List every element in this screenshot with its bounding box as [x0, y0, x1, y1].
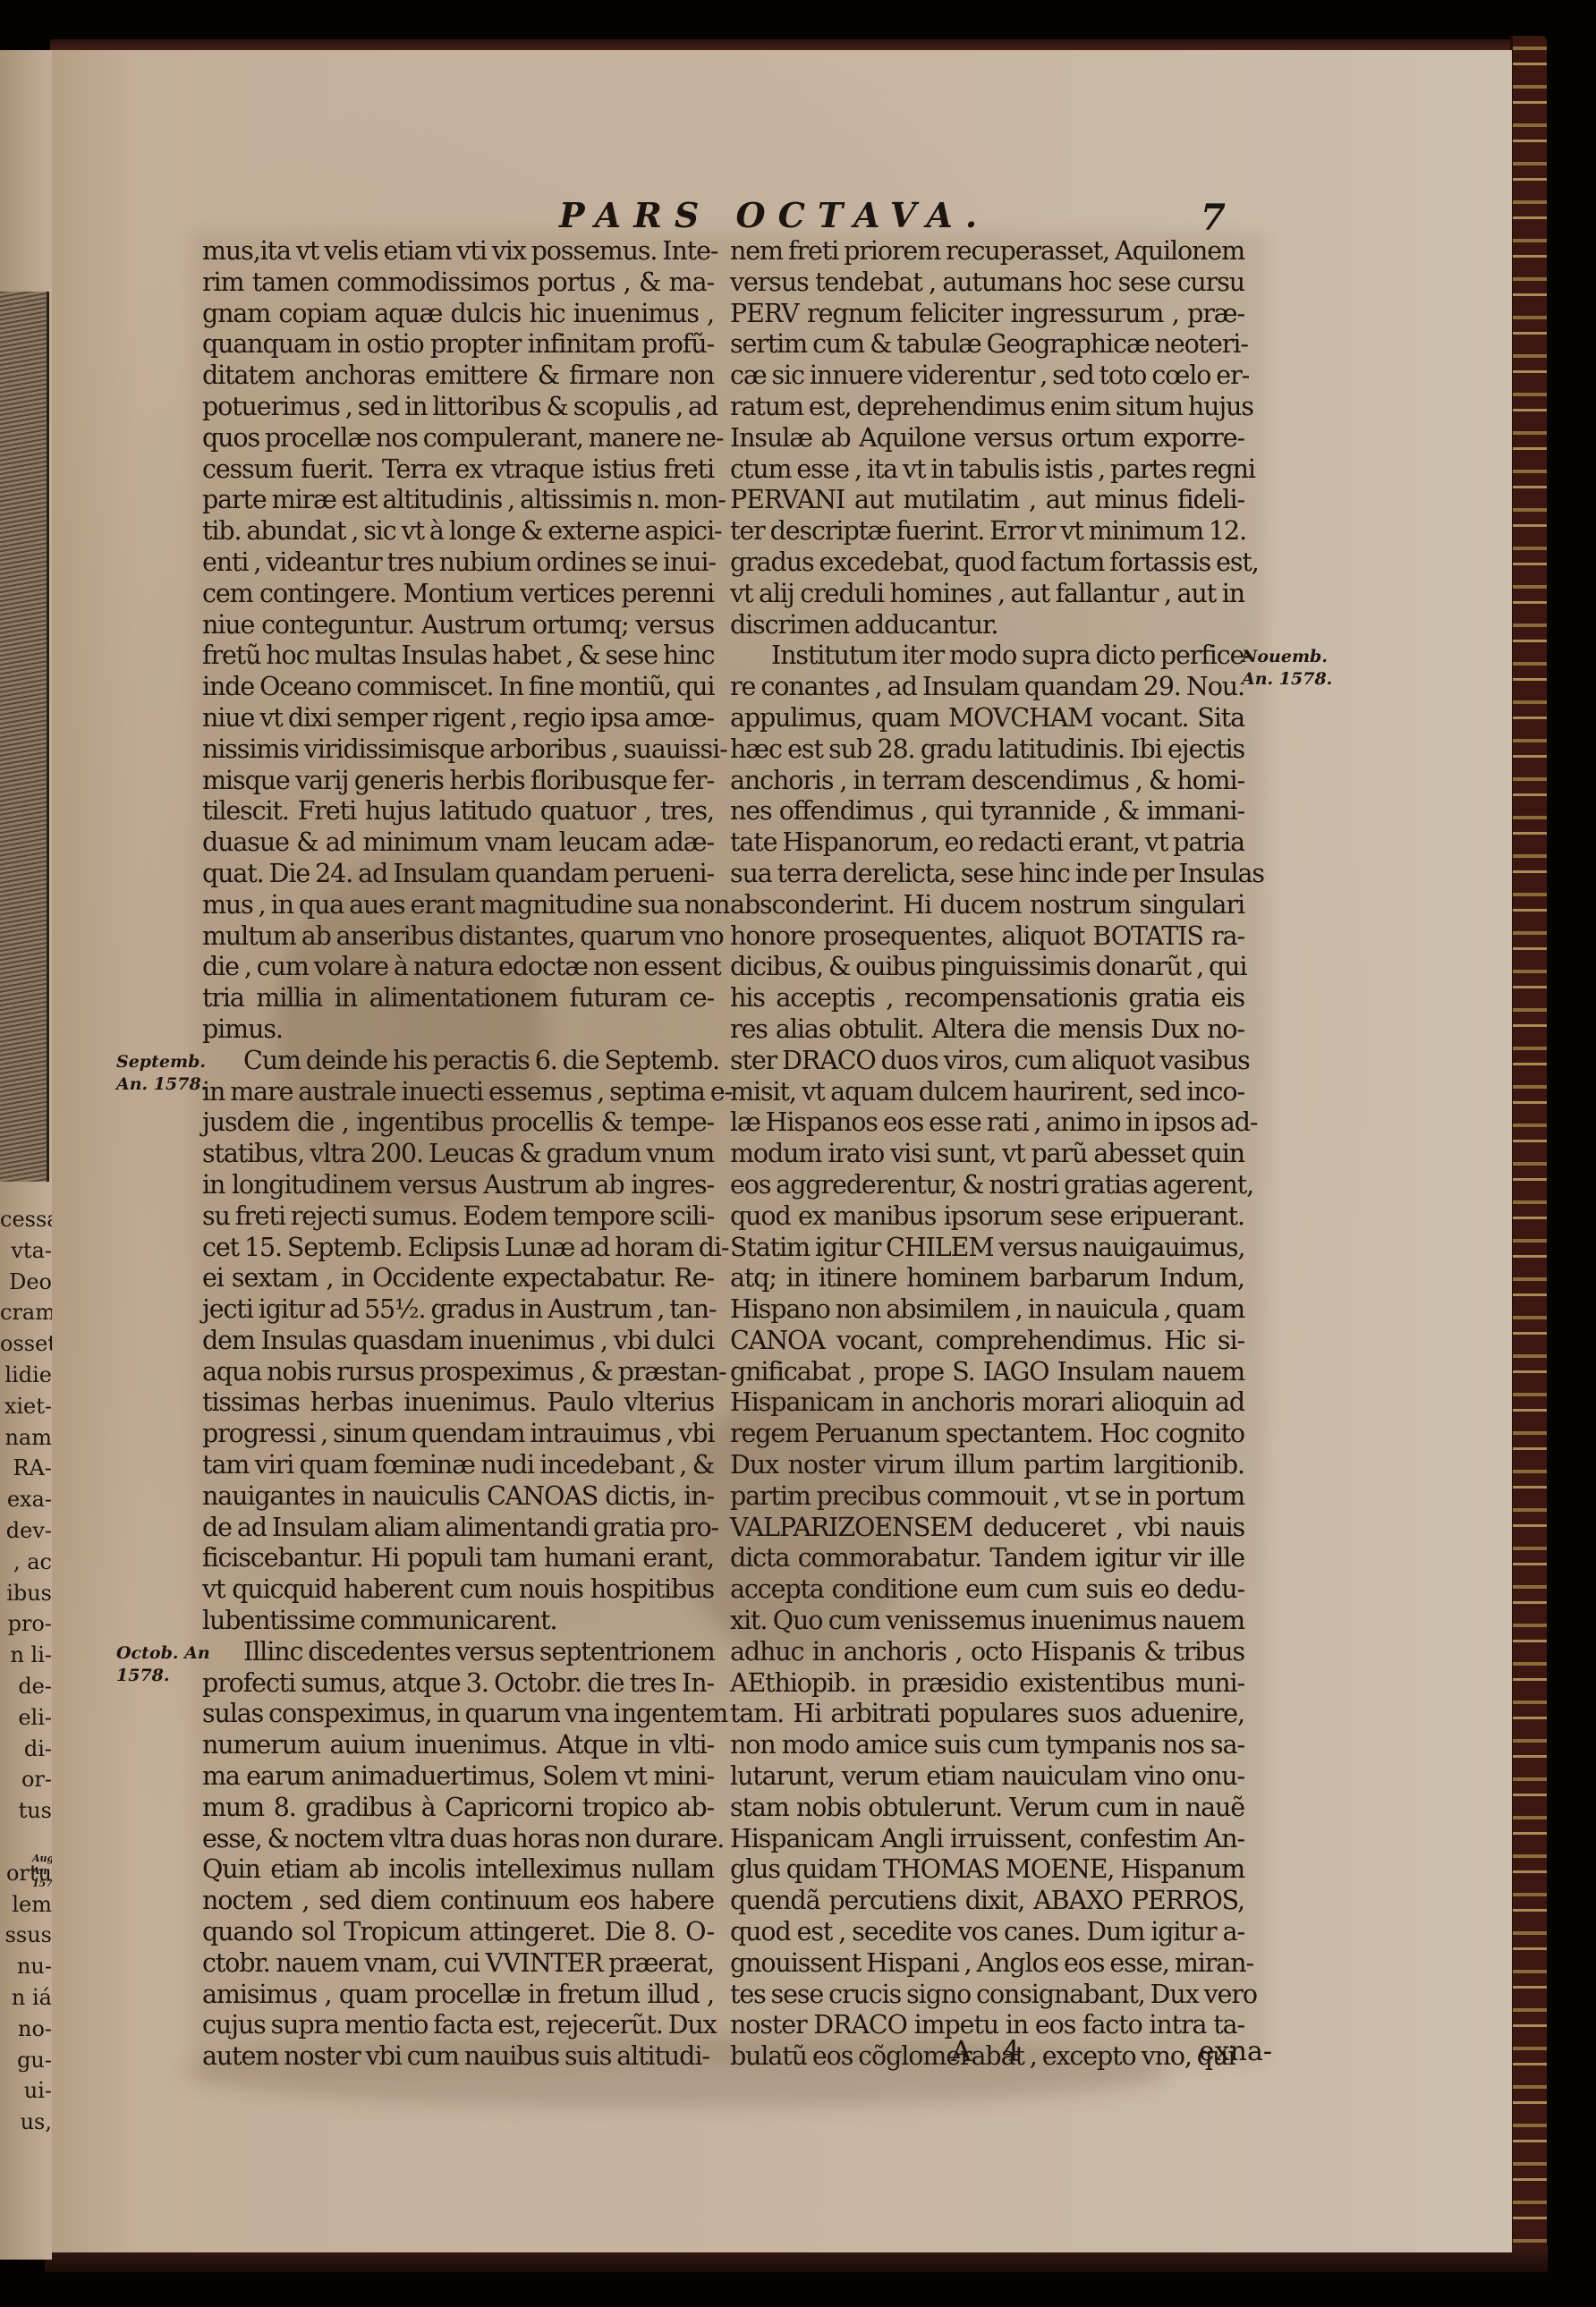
text-line: nes offendimus , qui tyrannide , & imman… [730, 796, 1244, 827]
text-line: gradus excedebat, quod factum fortassis … [730, 547, 1244, 579]
text-line: læ Hispanos eos esse rati , animo in ips… [730, 1107, 1244, 1139]
margin-note-septemb: Septemb. An. 1578. [116, 1051, 207, 1096]
right-text-column: nem freti priorem recuperasset, Aquilone… [730, 236, 1244, 2073]
facing-text-line: eli- [0, 1702, 52, 1734]
facing-text-line: lidie [0, 1360, 52, 1391]
text-line: ficiscebantur. Hi populi tam humani eran… [202, 1543, 714, 1574]
text-line: CANOA vocant, comprehendimus. Hic si- [730, 1326, 1244, 1357]
facing-text-line: ui- [0, 2075, 52, 2107]
text-line: ratum est, deprehendimus enim situm huju… [730, 392, 1244, 423]
catchword: exna- [1199, 2036, 1272, 2067]
facing-page-fragment: cessa-vta-Deocramosset,lidiexiet-namRA-e… [0, 50, 52, 2260]
text-line: Insulæ ab Aquilone versus ortum exporre- [730, 423, 1244, 454]
facing-text-line: Deo [0, 1267, 52, 1298]
facing-text-line: ibus [0, 1578, 52, 1609]
text-line: ma earum animaduertimus, Solem vt mini- [202, 1761, 714, 1793]
text-line: his acceptis , recompensationis gratia e… [730, 983, 1244, 1014]
text-line: parte miræ est altitudinis , altissimis … [202, 485, 714, 516]
text-line: sua terra derelicta, sese hinc inde per … [730, 859, 1244, 890]
signature-mark: A 4 [951, 2034, 1031, 2068]
text-line: PERVANI aut mutilatim , aut minus fideli… [730, 485, 1244, 516]
text-line: statibus, vltra 200. Leucas & gradum vnu… [202, 1139, 714, 1170]
facing-page-text: cessa-vta-Deocramosset,lidiexiet-namRA-e… [0, 1204, 52, 2138]
left-text-column: mus,ita vt velis etiam vti vix possemus.… [202, 236, 714, 2073]
text-line: AEthiopib. in præsidio existentibus muni… [730, 1668, 1244, 1700]
text-line: ei sextam , in Occidente expectabatur. R… [202, 1263, 714, 1294]
text-line: quod est , secedite vos canes. Dum igitu… [730, 1917, 1244, 1948]
text-line: Hispanicam in anchoris morari alioquin a… [730, 1387, 1244, 1419]
text-line: esse, & noctem vltra duas horas non dura… [202, 1824, 714, 1855]
text-line: quanquam in ostio propter infinitam prof… [202, 329, 714, 360]
text-line: misque varij generis herbis floribusque … [202, 766, 714, 797]
text-line: gnouissent Hispani , Anglos eos esse, mi… [730, 1948, 1244, 1980]
facing-text-line: exa- [0, 1484, 52, 1515]
text-line: tam. Hi arbitrati populares suos aduenir… [730, 1699, 1244, 1730]
facing-text-line: nu- [0, 1951, 52, 1982]
text-line: absconderint. Hi ducem nostrum singulari [730, 890, 1244, 921]
text-line: gnificabat , prope S. IAGO Insulam nauem [730, 1357, 1244, 1388]
text-line: nissimis viridissimisque arboribus , sua… [202, 734, 714, 766]
text-line: Cum deinde his peractis 6. die Septemb. [202, 1046, 714, 1077]
facing-margin-note: Augusti An. 1578 [32, 1853, 52, 1890]
text-line: amisimus , quam procellæ in fretum illud… [202, 1980, 714, 2011]
facing-text-line: lem [0, 1889, 52, 1921]
facing-text-line: di- [0, 1734, 52, 1765]
text-line: appulimus, quam MOVCHAM vocant. Sita [730, 703, 1244, 734]
text-line: potuerimus , sed in littoribus & scopuli… [202, 392, 714, 423]
text-line: cessum fuerit. Terra ex vtraque istius f… [202, 454, 714, 486]
text-line: glus quidam THOMAS MOENE, Hispanum [730, 1854, 1244, 1886]
text-line: nem freti priorem recuperasset, Aquilone… [730, 236, 1244, 267]
text-line: aqua nobis rursus prospeximus , & præsta… [202, 1357, 714, 1388]
text-line: multum ab anseribus distantes, quarum vn… [202, 921, 714, 953]
text-line: honore prosequentes, aliquot BOTATIS ra- [730, 921, 1244, 953]
text-line: progressi , sinum quendam intrauimus , v… [202, 1419, 714, 1450]
text-line: pimus. [202, 1014, 714, 1046]
text-line: quendã percutiens dixit, ABAXO PERROS, [730, 1886, 1244, 1917]
text-line: niue conteguntur. Austrum ortumq; versus [202, 610, 714, 641]
text-line: fretũ hoc multas Insulas habet , & sese … [202, 640, 714, 672]
text-line: autem noster vbi cum nauibus suis altitu… [202, 2041, 714, 2073]
facing-text-line: nam [0, 1422, 52, 1454]
facing-text-line: no- [0, 2014, 52, 2045]
text-line: enti , videantur tres nubium ordines se … [202, 547, 714, 579]
text-line: lubentissime communicarent. [202, 1606, 714, 1637]
text-line: profecti sumus, atque 3. Octobr. die tre… [202, 1668, 714, 1700]
facing-text-line: tus [0, 1795, 52, 1827]
text-line: atq; in itinere hominem barbarum Indum, [730, 1263, 1244, 1294]
facing-text-line: cessa- [0, 1204, 52, 1235]
text-line: ter descriptæ fuerint. Error vt minimum … [730, 516, 1244, 547]
text-line: misit, vt aquam dulcem haurirent, sed in… [730, 1077, 1244, 1108]
facing-text-line: RA- [0, 1453, 52, 1484]
page-number: 7 [1201, 197, 1226, 239]
text-line: su freti rejecti sumus. Eodem tempore sc… [202, 1201, 714, 1233]
facing-text-line: gu- [0, 2045, 52, 2076]
text-line: mus,ita vt velis etiam vti vix possemus.… [202, 236, 714, 267]
text-line: dicibus, & ouibus pinguissimis donarũt ,… [730, 952, 1244, 983]
text-line: tam viri quam fœminæ nudi incedebant , & [202, 1450, 714, 1481]
text-line: stam nobis obtulerunt. Verum cum in nauẽ [730, 1793, 1244, 1824]
text-line: ctum esse , ita vt in tabulis istis , pa… [730, 454, 1244, 486]
facing-text-line: osset, [0, 1328, 52, 1360]
text-line: cæ sic innuere viderentur , sed toto cœl… [730, 360, 1244, 392]
text-line: partim precibus commouit , vt se in port… [730, 1481, 1244, 1513]
text-line: Illinc discedentes versus septentrionem [202, 1637, 714, 1668]
text-line: vt quicquid haberent cum nouis hospitibu… [202, 1574, 714, 1606]
text-line: mus , in qua aues erant magnitudine sua … [202, 890, 714, 921]
text-line: tilescit. Freti hujus latitudo quatuor ,… [202, 796, 714, 827]
text-line: Institutum iter modo supra dicto perfice… [730, 640, 1244, 672]
text-line: in mare australe inuecti essemus , septi… [202, 1077, 714, 1108]
facing-text-line: cram [0, 1297, 52, 1328]
text-line: sulas conspeximus, in quarum vna ingente… [202, 1699, 714, 1730]
text-line: Dux noster virum illum partim largitioni… [730, 1450, 1244, 1481]
text-line: cujus supra mentio facta est, rejecerũt.… [202, 2010, 714, 2041]
text-line: tib. abundat , sic vt à longe & externe … [202, 516, 714, 547]
text-line: nauigantes in nauiculis CANOAS dictis, i… [202, 1481, 714, 1513]
text-line: quos procellæ nos compulerant, manere ne… [202, 423, 714, 454]
text-line: quando sol Tropicum attingeret. Die 8. O… [202, 1917, 714, 1948]
engraving-illustration-fragment [0, 292, 49, 1182]
text-line: regem Peruanum spectantem. Hoc cognito [730, 1419, 1244, 1450]
text-line: cet 15. Septemb. Eclipsis Lunæ ad horam … [202, 1233, 714, 1264]
text-line: PERV regnum feliciter ingressurum , præ- [730, 299, 1244, 330]
text-line: mum 8. gradibus à Capricorni tropico ab- [202, 1793, 714, 1824]
facing-text-line: n iá [0, 1982, 52, 2014]
running-head: PARS OCTAVA. [559, 195, 989, 235]
text-line: adhuc in anchoris , octo Hispanis & trib… [730, 1637, 1244, 1668]
text-line: versus tendebat , autumans hoc sese curs… [730, 267, 1244, 299]
text-line: Quin etiam ab incolis intelleximus nulla… [202, 1854, 714, 1886]
text-line: sertim cum & tabulæ Geographicæ neoteri- [730, 329, 1244, 360]
text-line: ditatem anchoras emittere & firmare non [202, 360, 714, 392]
text-line: non modo amice suis cum tympanis nos sa- [730, 1730, 1244, 1761]
text-line: dem Insulas quasdam inuenimus , vbi dulc… [202, 1326, 714, 1357]
text-line: quat. Die 24. ad Insulam quandam perueni… [202, 859, 714, 890]
text-line: in longitudinem versus Austrum ab ingres… [202, 1170, 714, 1201]
text-line: res alias obtulit. Altera die mensis Dux… [730, 1014, 1244, 1046]
text-line: die , cum volare à natura edoctæ non ess… [202, 952, 714, 983]
text-line: jecti igitur ad 55½. gradus in Austrum ,… [202, 1294, 714, 1326]
text-line: tate Hispanorum, eo redacti erant, vt pa… [730, 827, 1244, 859]
facing-text-line: dev- [0, 1515, 52, 1547]
text-line: accepta conditione eum cum suis eo dedu- [730, 1574, 1244, 1606]
facing-text-line: xiet- [0, 1391, 52, 1422]
text-line: jusdem die , ingentibus procellis & temp… [202, 1107, 714, 1139]
text-line: tria millia in alimentationem futuram ce… [202, 983, 714, 1014]
text-line: re conantes , ad Insulam quandam 29. Nou… [730, 672, 1244, 703]
text-line: cem contingere. Montium vertices perenni [202, 579, 714, 610]
text-line: quod ex manibus ipsorum sese eripuerant. [730, 1201, 1244, 1233]
text-line: niue vt dixi semper rigent , regio ipsa … [202, 703, 714, 734]
text-line: Hispanicam Angli irruissent, confestim A… [730, 1824, 1244, 1855]
margin-note-nouemb: Nouemb. An. 1578. [1242, 646, 1332, 691]
text-line: inde Oceano commiscet. In fine montiũ, q… [202, 672, 714, 703]
text-line: gnam copiam aquæ dulcis hic inuenimus , [202, 299, 714, 330]
margin-note-octob: Octob. An 1578. [116, 1642, 210, 1687]
text-line: eos aggrederentur, & nostri gratias ager… [730, 1170, 1244, 1201]
text-line: discrimen adducantur. [730, 610, 1244, 641]
text-line: tissimas herbas inuenimus. Paulo vlteriu… [202, 1387, 714, 1419]
text-line: Hispano non absimilem , in nauicula , qu… [730, 1294, 1244, 1326]
text-line: dicta commorabatur. Tandem igitur vir il… [730, 1543, 1244, 1574]
text-line: ster DRACO duos viros, cum aliquot vasib… [730, 1046, 1244, 1077]
facing-text-line: us, [0, 2107, 52, 2138]
text-line: Statim igitur CHILEM versus nauigauimus, [730, 1233, 1244, 1264]
text-line: duasue & ad minimum vnam leucam adæ- [202, 827, 714, 859]
text-line: rim tamen commodissimos portus , & ma- [202, 267, 714, 299]
text-line: vt alij creduli homines , aut fallantur … [730, 579, 1244, 610]
facing-text-line: or- [0, 1764, 52, 1795]
text-line: tes sese crucis signo consignabant, Dux … [730, 1980, 1244, 2011]
facing-text-line: , ac [0, 1547, 52, 1578]
text-line: de ad Insulam aliam alimentandi gratia p… [202, 1513, 714, 1544]
text-line: VALPARIZOENSEM deduceret , vbi nauis [730, 1513, 1244, 1544]
facing-text-line: vta- [0, 1235, 52, 1267]
facing-text-line: pro- [0, 1608, 52, 1640]
facing-text-line: ssus [0, 1920, 52, 1951]
text-line: modum irato visi sunt, vt parũ abesset q… [730, 1139, 1244, 1170]
facing-text-line: n li- [0, 1640, 52, 1671]
text-line: xit. Quo cum venissemus inuenimus nauem [730, 1606, 1244, 1637]
text-line: noctem , sed diem continuum eos habere [202, 1886, 714, 1917]
text-line: numerum auium inuenimus. Atque in vlti- [202, 1730, 714, 1761]
text-line: ctobr. nauem vnam, cui VVINTER præerat, [202, 1948, 714, 1980]
text-line: hæc est sub 28. gradu latitudinis. Ibi e… [730, 734, 1244, 766]
text-line: anchoris , in terram descendimus , & hom… [730, 766, 1244, 797]
facing-text-line: de- [0, 1671, 52, 1702]
gilt-binding-edge [1510, 36, 1547, 2268]
text-line: lutarunt, verum etiam nauiculam vino onu… [730, 1761, 1244, 1793]
